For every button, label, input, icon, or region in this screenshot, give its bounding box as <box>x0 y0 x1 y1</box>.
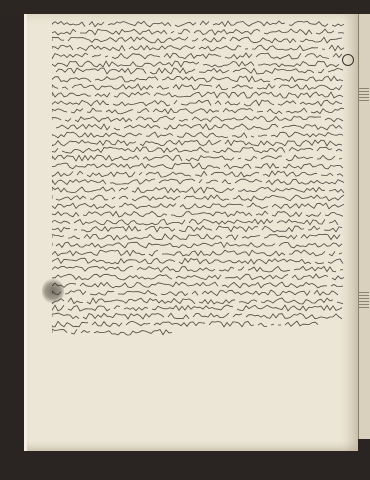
manuscript-line <box>52 170 345 178</box>
marginal-note-1 <box>359 86 369 103</box>
manuscript-line <box>52 123 345 131</box>
manuscript-line <box>52 60 345 68</box>
manuscript-line <box>52 265 345 273</box>
manuscript-line <box>52 20 345 28</box>
manuscript-line <box>52 146 345 154</box>
manuscript-line <box>52 67 345 75</box>
manuscript-line <box>52 99 345 107</box>
manuscript-line <box>52 52 345 60</box>
manuscript-line <box>52 202 345 210</box>
manuscript-line <box>52 281 345 289</box>
manuscript-line <box>52 131 345 139</box>
manuscript-line <box>52 178 345 186</box>
manuscript-line <box>52 91 345 99</box>
manuscript-line <box>52 28 345 36</box>
manuscript-line <box>52 289 345 297</box>
manuscript-line <box>52 241 345 249</box>
manuscript-line <box>52 83 345 91</box>
manuscript-line <box>52 225 345 233</box>
manuscript-line <box>52 107 345 115</box>
marginal-note-2 <box>359 290 369 310</box>
manuscript-line <box>52 115 345 123</box>
manuscript-line <box>52 36 345 44</box>
manuscript-line <box>52 304 345 312</box>
manuscript-line <box>52 210 345 218</box>
manuscript-line <box>52 44 345 52</box>
manuscript-line <box>52 154 345 162</box>
manuscript-line <box>52 218 345 226</box>
manuscript-line <box>52 249 345 257</box>
manuscript-line <box>52 139 345 147</box>
manuscript-line <box>52 257 345 265</box>
manuscript-line <box>52 320 320 328</box>
manuscript-line <box>52 194 345 202</box>
manuscript-line <box>52 328 175 336</box>
manuscript-line <box>52 297 345 305</box>
page-deckled-edge <box>24 14 27 451</box>
manuscript-line <box>52 75 345 83</box>
manuscript-line <box>52 273 345 281</box>
manuscript-line <box>52 186 345 194</box>
manuscript-line <box>52 312 345 320</box>
manuscript-line <box>52 162 345 170</box>
manuscript-line <box>52 233 345 241</box>
facing-page-edge <box>358 14 370 439</box>
